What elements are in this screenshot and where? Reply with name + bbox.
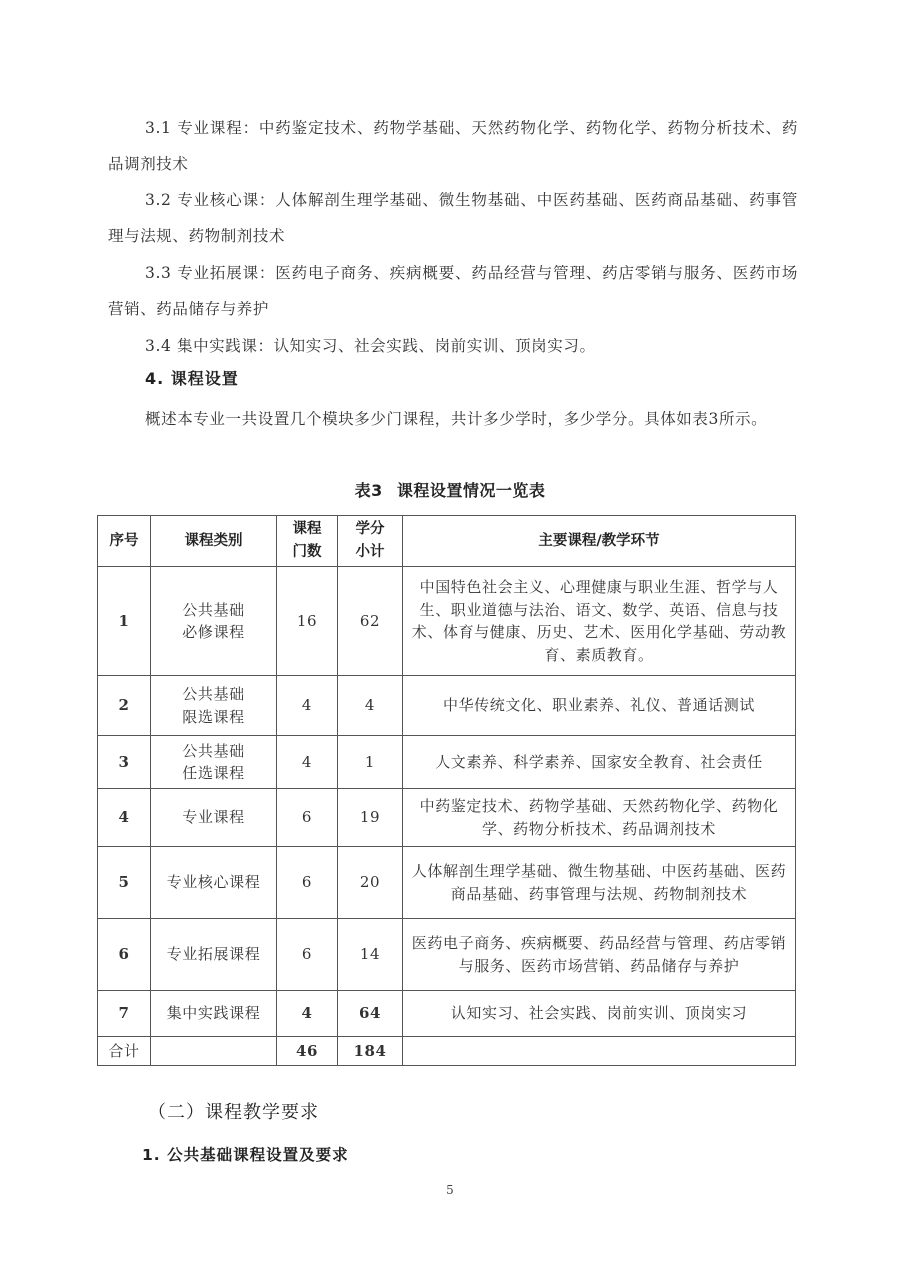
row-category: 专业拓展课程 — [151, 919, 277, 991]
row-seq: 3 — [98, 736, 151, 789]
row-count: 6 — [277, 847, 338, 919]
table-row: 6 专业拓展课程 6 14 医药电子商务、疾病概要、药品经营与管理、药店零销与服… — [98, 919, 796, 991]
row-seq: 7 — [98, 991, 151, 1037]
row-category-line1: 公共基础 — [182, 685, 244, 703]
header-category: 课程类别 — [151, 516, 277, 567]
header-credits-line2: 小计 — [356, 544, 385, 560]
paragraph-3-1: 3.1 专业课程：中药鉴定技术、药物学基础、天然药物化学、药物化学、药物分析技术… — [108, 110, 798, 182]
total-count: 46 — [277, 1037, 338, 1066]
table-total-row: 合计 46 184 — [98, 1037, 796, 1066]
row-seq: 1 — [98, 567, 151, 676]
table-row: 2 公共基础限选课程 4 4 中华传统文化、职业素养、礼仪、普通话测试 — [98, 676, 796, 736]
table-caption: 表3课程设置情况一览表 — [0, 478, 900, 501]
header-count-line1: 课程 — [293, 521, 322, 537]
row-category: 专业课程 — [151, 789, 277, 847]
row-count: 6 — [277, 789, 338, 847]
row-courses: 人文素养、科学素养、国家安全教育、社会责任 — [403, 736, 796, 789]
row-count: 16 — [277, 567, 338, 676]
page-number: 5 — [0, 1183, 900, 1197]
row-credits: 62 — [338, 567, 403, 676]
row-courses: 认知实习、社会实践、岗前实训、顶岗实习 — [403, 991, 796, 1037]
row-seq: 2 — [98, 676, 151, 736]
row-seq: 4 — [98, 789, 151, 847]
row-seq: 5 — [98, 847, 151, 919]
header-courses: 主要课程/教学环节 — [403, 516, 796, 567]
row-credits: 64 — [338, 991, 403, 1037]
total-label: 合计 — [98, 1037, 151, 1066]
row-seq: 6 — [98, 919, 151, 991]
table-row: 4 专业课程 6 19 中药鉴定技术、药物学基础、天然药物化学、药物化学、药物分… — [98, 789, 796, 847]
row-credits: 20 — [338, 847, 403, 919]
row-credits: 1 — [338, 736, 403, 789]
row-category-line1: 公共基础 — [182, 601, 244, 619]
header-credits: 学分小计 — [338, 516, 403, 567]
row-count: 4 — [277, 736, 338, 789]
document-page: 3.1 专业课程：中药鉴定技术、药物学基础、天然药物化学、药物化学、药物分析技术… — [0, 0, 900, 1273]
total-category-empty — [151, 1037, 277, 1066]
row-category: 公共基础限选课程 — [151, 676, 277, 736]
row-count: 6 — [277, 919, 338, 991]
row-count: 4 — [277, 991, 338, 1037]
row-courses: 医药电子商务、疾病概要、药品经营与管理、药店零销与服务、医药市场营销、药品储存与… — [403, 919, 796, 991]
paragraph-3-2: 3.2 专业核心课：人体解剖生理学基础、微生物基础、中医药基础、医药商品基础、药… — [108, 182, 798, 254]
row-category-line2: 必修课程 — [182, 623, 244, 641]
header-seq: 序号 — [98, 516, 151, 567]
row-category: 公共基础必修课程 — [151, 567, 277, 676]
row-credits: 19 — [338, 789, 403, 847]
row-credits: 14 — [338, 919, 403, 991]
row-category-line2: 限选课程 — [182, 708, 244, 726]
paragraph-intro: 概述本专业一共设置几个模块多少门课程，共计多少学时，多少学分。具体如表3所示。 — [108, 401, 798, 437]
table-row: 7 集中实践课程 4 64 认知实习、社会实践、岗前实训、顶岗实习 — [98, 991, 796, 1037]
table-header-row: 序号 课程类别 课程门数 学分小计 主要课程/教学环节 — [98, 516, 796, 567]
header-credits-line1: 学分 — [356, 521, 385, 537]
row-credits: 4 — [338, 676, 403, 736]
table-row: 3 公共基础任选课程 4 1 人文素养、科学素养、国家安全教育、社会责任 — [98, 736, 796, 789]
paragraph-3-4: 3.4 集中实践课：认知实习、社会实践、岗前实训、顶岗实习。 — [108, 328, 798, 364]
subheading-public-basic-courses: 1. 公共基础课程设置及要求 — [142, 1143, 349, 1165]
row-count: 4 — [277, 676, 338, 736]
row-category-line2: 任选课程 — [182, 764, 244, 782]
header-count: 课程门数 — [277, 516, 338, 567]
row-category: 公共基础任选课程 — [151, 736, 277, 789]
section-heading-teaching-requirements: （二）课程教学要求 — [148, 1098, 319, 1124]
header-count-line2: 门数 — [293, 544, 322, 560]
row-courses: 人体解剖生理学基础、微生物基础、中医药基础、医药商品基础、药事管理与法规、药物制… — [403, 847, 796, 919]
course-table: 序号 课程类别 课程门数 学分小计 主要课程/教学环节 1 公共基础必修课程 1… — [97, 515, 796, 1066]
heading-course-setup: 4. 课程设置 — [145, 366, 239, 389]
row-category: 集中实践课程 — [151, 991, 277, 1037]
total-credits: 184 — [338, 1037, 403, 1066]
paragraph-3-3: 3.3 专业拓展课：医药电子商务、疾病概要、药品经营与管理、药店零销与服务、医药… — [108, 255, 798, 327]
row-courses: 中华传统文化、职业素养、礼仪、普通话测试 — [403, 676, 796, 736]
row-category: 专业核心课程 — [151, 847, 277, 919]
table-row: 1 公共基础必修课程 16 62 中国特色社会主义、心理健康与职业生涯、哲学与人… — [98, 567, 796, 676]
table-caption-title: 课程设置情况一览表 — [397, 481, 546, 500]
row-category-line1: 公共基础 — [182, 742, 244, 760]
table-caption-number: 表3 — [355, 481, 383, 500]
total-courses-empty — [403, 1037, 796, 1066]
row-courses: 中国特色社会主义、心理健康与职业生涯、哲学与人生、职业道德与法治、语文、数学、英… — [403, 567, 796, 676]
row-courses: 中药鉴定技术、药物学基础、天然药物化学、药物化学、药物分析技术、药品调剂技术 — [403, 789, 796, 847]
table-row: 5 专业核心课程 6 20 人体解剖生理学基础、微生物基础、中医药基础、医药商品… — [98, 847, 796, 919]
